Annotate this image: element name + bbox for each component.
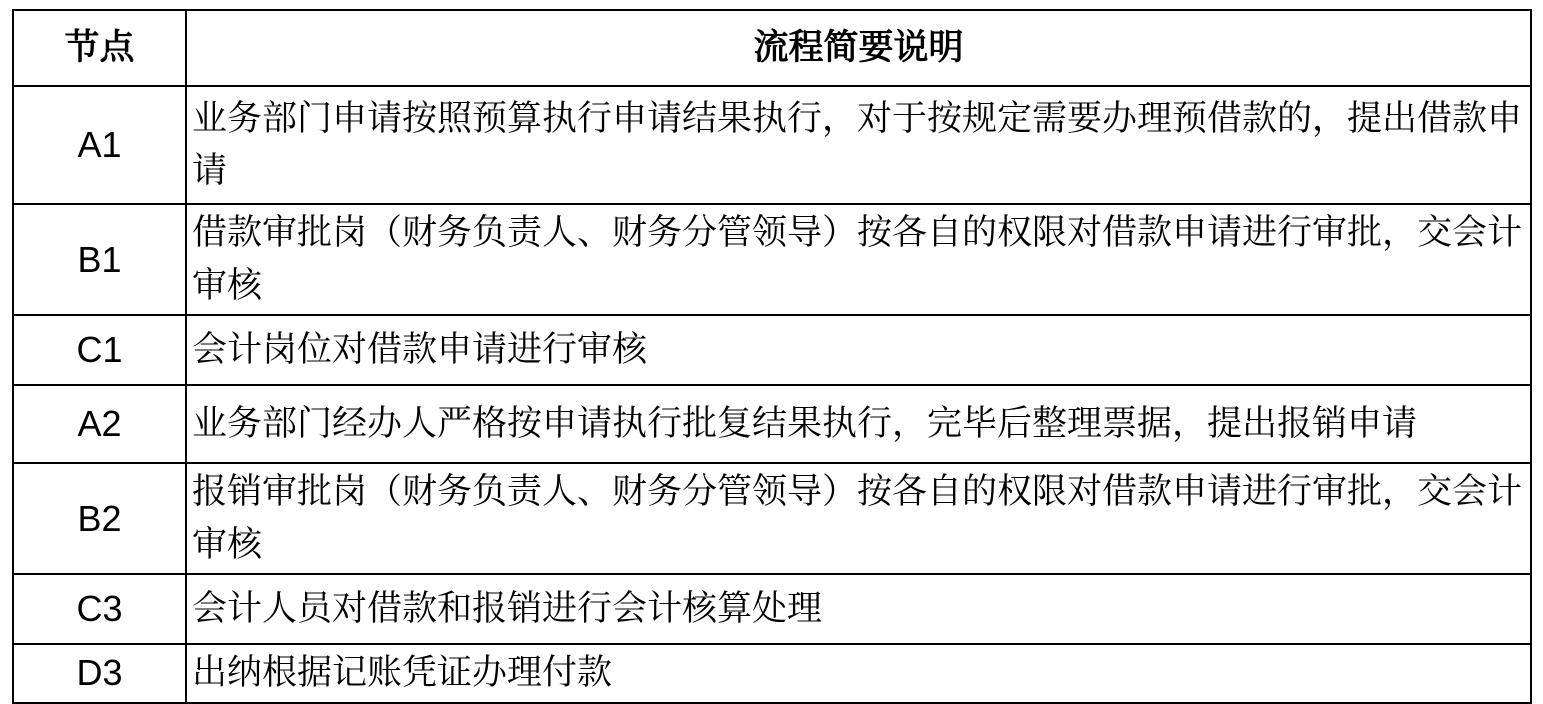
description-cell: 会计人员对借款和报销进行会计核算处理 (186, 574, 1531, 644)
header-description-column: 流程简要说明 (186, 10, 1531, 86)
table-body: A1 业务部门申请按照预算执行申请结果执行，对于按规定需要办理预借款的，提出借款… (13, 86, 1531, 703)
description-cell: 出纳根据记账凭证办理付款 (186, 644, 1531, 703)
description-cell: 借款审批岗（财务负责人、财务分管领导）按各自的权限对借款申请进行审批，交会计审核 (186, 204, 1531, 315)
table-row: C3 会计人员对借款和报销进行会计核算处理 (13, 574, 1531, 644)
table-row: C1 会计岗位对借款申请进行审核 (13, 315, 1531, 385)
node-cell: D3 (13, 644, 186, 703)
table-row: A1 业务部门申请按照预算执行申请结果执行，对于按规定需要办理预借款的，提出借款… (13, 86, 1531, 204)
description-cell: 会计岗位对借款申请进行审核 (186, 315, 1531, 385)
document-page: 节点 流程简要说明 A1 业务部门申请按照预算执行申请结果执行，对于按规定需要办… (0, 0, 1543, 704)
table-row: A2 业务部门经办人严格按申请执行批复结果执行，完毕后整理票据，提出报销申请 (13, 385, 1531, 463)
header-row: 节点 流程简要说明 (13, 10, 1531, 86)
node-cell: A1 (13, 86, 186, 204)
description-cell: 业务部门经办人严格按申请执行批复结果执行，完毕后整理票据，提出报销申请 (186, 385, 1531, 463)
table-row: B2 报销审批岗（财务负责人、财务分管领导）按各自的权限对借款申请进行审批，交会… (13, 463, 1531, 574)
node-cell: C1 (13, 315, 186, 385)
process-table: 节点 流程简要说明 A1 业务部门申请按照预算执行申请结果执行，对于按规定需要办… (12, 9, 1532, 704)
node-cell: B2 (13, 463, 186, 574)
node-cell: C3 (13, 574, 186, 644)
table-row: D3 出纳根据记账凭证办理付款 (13, 644, 1531, 703)
node-cell: B1 (13, 204, 186, 315)
table-header: 节点 流程简要说明 (13, 10, 1531, 86)
header-node-column: 节点 (13, 10, 186, 86)
node-cell: A2 (13, 385, 186, 463)
description-cell: 报销审批岗（财务负责人、财务分管领导）按各自的权限对借款申请进行审批，交会计审核 (186, 463, 1531, 574)
description-cell: 业务部门申请按照预算执行申请结果执行，对于按规定需要办理预借款的，提出借款申请 (186, 86, 1531, 204)
table-row: B1 借款审批岗（财务负责人、财务分管领导）按各自的权限对借款申请进行审批，交会… (13, 204, 1531, 315)
